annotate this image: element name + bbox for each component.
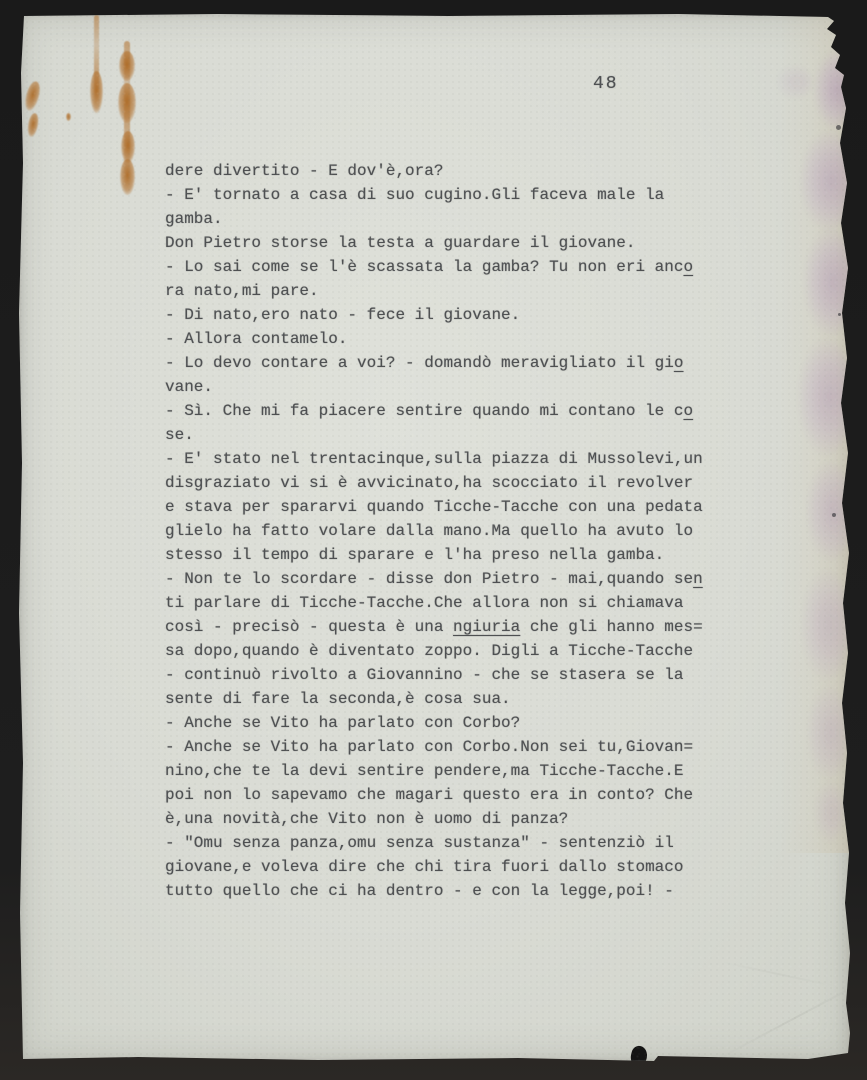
text-line: - E' stato nel trentacinque,sulla piazza… <box>165 447 745 471</box>
ink-speck <box>838 313 841 316</box>
text-line: così - precisò - questa è una ngiuria ch… <box>165 615 745 639</box>
fold-crease <box>717 978 867 1060</box>
text-line: vane. <box>165 375 745 399</box>
text-line: - E' tornato a casa di suo cugino.Gli fa… <box>165 183 745 207</box>
orange-stain-drip <box>94 15 99 115</box>
page-number: 48 <box>593 74 619 94</box>
scan-background: 48 dere divertito - E dov'è,ora?- E' tor… <box>0 0 867 1080</box>
scanned-page: 48 dere divertito - E dov'è,ora?- E' tor… <box>18 13 850 1061</box>
text-line: ti parlare di Ticche-Tacche.Che allora n… <box>165 591 745 615</box>
orange-stain-drip <box>124 41 130 193</box>
purple-stain-blob <box>804 228 854 336</box>
text-line: - "Omu senza panza,omu senza sustanza" -… <box>165 831 745 855</box>
text-line: disgraziato vi si è avvicinato,ha scocci… <box>165 471 745 495</box>
typewritten-text: dere divertito - E dov'è,ora?- E' tornat… <box>165 159 745 903</box>
text-line: - Anche se Vito ha parlato con Corbo.Non… <box>165 735 745 759</box>
paper-edge-tint <box>780 13 850 853</box>
text-line: tutto quello che ci ha dentro - e con la… <box>165 879 745 903</box>
purple-stain-blob <box>801 569 849 681</box>
text-line: Don Pietro storse la testa a guardare il… <box>165 231 745 255</box>
purple-stain-blob <box>800 131 854 231</box>
text-line: è,una novità,che Vito non è uomo di panz… <box>165 807 745 831</box>
orange-stain-blob <box>26 112 40 137</box>
orange-stain-blob <box>118 83 136 123</box>
text-line: - Anche se Vito ha parlato con Corbo? <box>165 711 745 735</box>
text-line: - Allora contamelo. <box>165 327 745 351</box>
text-line: - continuò rivolto a Giovannino - che se… <box>165 663 745 687</box>
purple-stain-blob <box>814 781 844 843</box>
text-line: nino,che te la devi sentire pendere,ma T… <box>165 759 745 783</box>
text-line: - Di nato,ero nato - fece il giovane. <box>165 303 745 327</box>
text-line: ra nato,mi pare. <box>165 279 745 303</box>
text-line: - Lo devo contare a voi? - domandò merav… <box>165 351 745 375</box>
text-line: glielo ha fatto volare dalla mano.Ma que… <box>165 519 745 543</box>
text-line: stesso il tempo di sparare e l'ha preso … <box>165 543 745 567</box>
text-line: poi non lo sapevamo che magari questo er… <box>165 783 745 807</box>
purple-stain-blob <box>806 461 852 561</box>
ink-smudge <box>629 1045 649 1068</box>
purple-stain-blob <box>814 51 854 129</box>
text-line: se. <box>165 423 745 447</box>
text-line: sa dopo,quando è diventato zoppo. Digli … <box>165 639 745 663</box>
orange-stain-blob <box>119 51 135 81</box>
text-line: sente di fare la seconda,è cosa sua. <box>165 687 745 711</box>
text-line: - Lo sai come se l'è scassata la gamba? … <box>165 255 745 279</box>
orange-stain-blob <box>90 71 103 113</box>
purple-stain-blob <box>807 685 847 780</box>
text-line: giovane,e voleva dire che chi tira fuori… <box>165 855 745 879</box>
text-line: gamba. <box>165 207 745 231</box>
ink-speck <box>836 125 841 130</box>
orange-stain-blob <box>120 159 135 195</box>
fold-crease <box>719 961 837 988</box>
text-line: - Sì. Che mi fa piacere sentire quando m… <box>165 399 745 423</box>
text-line: e stava per spararvi quando Ticche-Tacch… <box>165 495 745 519</box>
text-line: - Non te lo scordare - disse don Pietro … <box>165 567 745 591</box>
orange-stain-blob <box>22 80 42 112</box>
orange-stain-dot <box>66 113 71 121</box>
purple-stain-blob <box>776 65 812 99</box>
purple-stain-blob <box>798 338 852 456</box>
text-line: dere divertito - E dov'è,ora? <box>165 159 745 183</box>
orange-stain-blob <box>121 131 135 163</box>
ink-speck <box>832 513 836 517</box>
